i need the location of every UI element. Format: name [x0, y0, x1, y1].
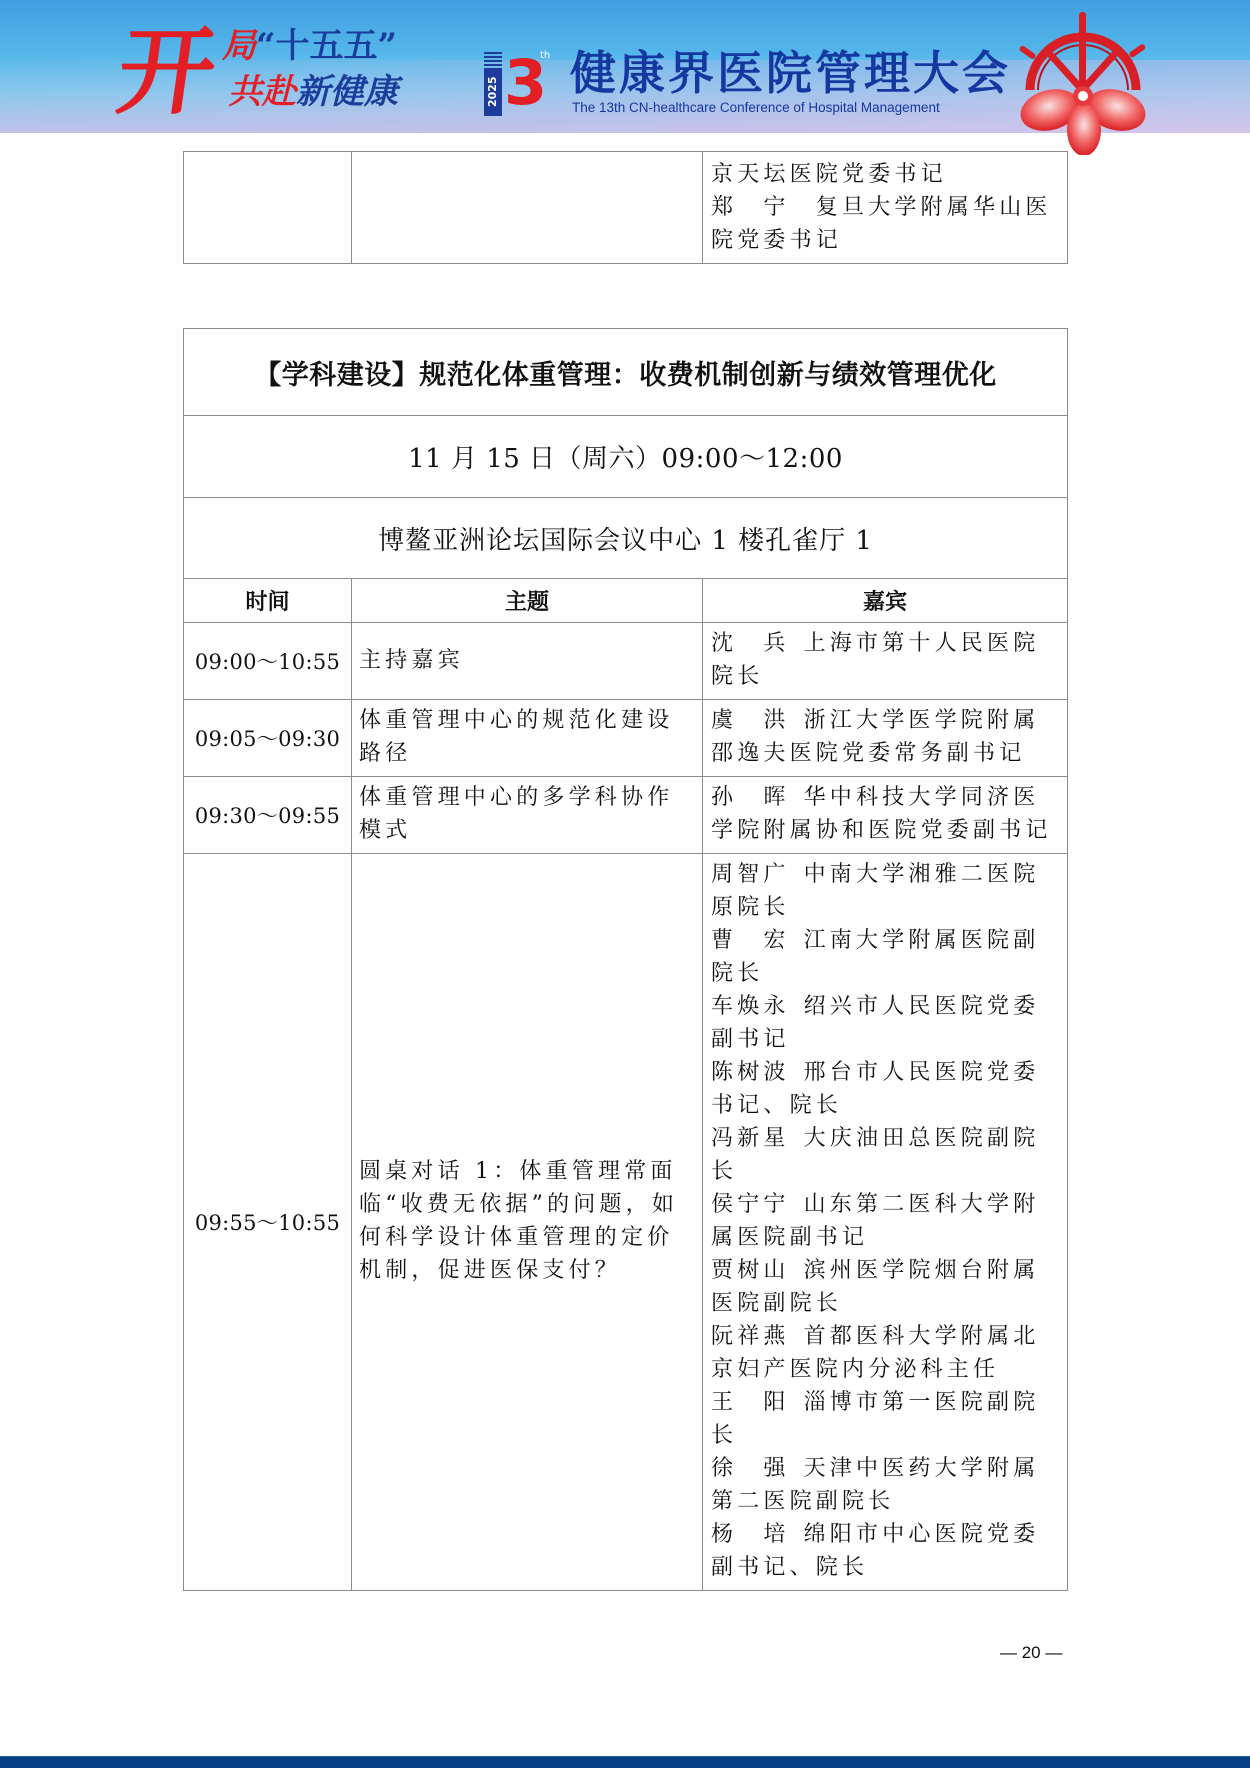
guest-entry: 侯宁宁山东第二医科大学附属医院副书记 [711, 1188, 1061, 1254]
guest-entry: 周智广中南大学湘雅二医院原院长 [711, 858, 1061, 924]
session-venue: 博鳌亚洲论坛国际会议中心 1 楼孔雀厅 1 [184, 498, 1068, 579]
guest-entry: 杨 培绵阳市中心医院党委副书记、院长 [711, 1518, 1061, 1584]
guest-name: 阮祥燕 [711, 1324, 790, 1349]
header-row: 时间 主题 嘉宾 [184, 579, 1068, 623]
guest-entry: 阮祥燕首都医科大学附属北京妇产医院内分泌科主任 [711, 1320, 1061, 1386]
guest-entry: 贾树山滨州医学院烟台附属医院副院长 [711, 1254, 1061, 1320]
topic-cell: 体重管理中心的多学科协作模式 [352, 777, 703, 854]
time-cell-empty [184, 152, 352, 264]
guest-name: 车焕永 [711, 994, 790, 1019]
guest-entry: 曹 宏江南大学附属医院副院长 [711, 924, 1061, 990]
guest-name: 沈 兵 [711, 631, 790, 656]
session-schedule-table: 【学科建设】规范化体重管理：收费机制创新与绩效管理优化 11 月 15 日（周六… [183, 328, 1068, 1591]
slogan-line-1: 局“十五五” [222, 26, 397, 66]
guest-name: 杨 培 [711, 1522, 790, 1547]
conference-subtitle: The 13th CN-healthcare Conference of Hos… [572, 100, 940, 116]
topic-cell: 主持嘉宾 [352, 623, 703, 700]
guest-line: 郑 宁 复旦大学附属华山医 [711, 191, 1061, 224]
guest-cell: 孙 晖华中科技大学同济医学院附属协和医院党委副书记 [703, 777, 1068, 854]
header-time: 时间 [184, 579, 352, 623]
session-title: 【学科建设】规范化体重管理：收费机制创新与绩效管理优化 [184, 329, 1068, 416]
continued-schedule-table: 京天坛医院党委书记 郑 宁 复旦大学附属华山医 院党委书记 [183, 151, 1068, 264]
guest-cell: 周智广中南大学湘雅二医院原院长 曹 宏江南大学附属医院副院长 车焕永绍兴市人民医… [703, 854, 1068, 1591]
time-cell: 09:05～09:30 [184, 700, 352, 777]
guest-name: 孙 晖 [711, 785, 790, 810]
session-date-time: 11 月 15 日（周六）09:00～12:00 [184, 416, 1068, 498]
guest-name: 冯新星 [711, 1126, 790, 1151]
session-date-row: 11 月 15 日（周六）09:00～12:00 [184, 416, 1068, 498]
session-venue-row: 博鳌亚洲论坛国际会议中心 1 楼孔雀厅 1 [184, 498, 1068, 579]
guest-entry: 王 阳淄博市第一医院副院长 [711, 1386, 1061, 1452]
guest-line: 院党委书记 [711, 224, 1061, 257]
header-guests: 嘉宾 [703, 579, 1068, 623]
slogan-quote: “十五五” [256, 26, 397, 66]
logo-year: 2025 [484, 68, 502, 116]
footer-bar [0, 1756, 1250, 1768]
slogan-line-2: 共赴新健康 [228, 72, 398, 112]
header-topic: 主题 [352, 579, 703, 623]
guest-cell: 虞 洪浙江大学医学院附属邵逸夫医院党委常务副书记 [703, 700, 1068, 777]
guest-name: 徐 强 [711, 1456, 790, 1481]
guest-entry: 冯新星大庆油田总医院副院长 [711, 1122, 1061, 1188]
time-cell: 09:55～10:55 [184, 854, 352, 1591]
guest-name: 周智广 [711, 862, 790, 887]
slogan-blue-part: 新健康 [296, 72, 398, 112]
table-row-roundtable: 09:55～10:55 圆桌对话 1：体重管理常面临“收费无依据”的问题，如何科… [184, 854, 1068, 1591]
guest-line: 京天坛医院党委书记 [711, 158, 1061, 191]
table-row: 09:05～09:30 体重管理中心的规范化建设路径 虞 洪浙江大学医学院附属邵… [184, 700, 1068, 777]
guest-cell: 京天坛医院党委书记 郑 宁 复旦大学附属华山医 院党委书记 [703, 152, 1068, 264]
topic-cell: 体重管理中心的规范化建设路径 [352, 700, 703, 777]
guest-entry: 徐 强天津中医药大学附属第二医院副院长 [711, 1452, 1061, 1518]
guest-name: 曹 宏 [711, 928, 790, 953]
guest-name: 陈树波 [711, 1060, 790, 1085]
guest-entry: 陈树波邢台市人民医院党委书记、院长 [711, 1056, 1061, 1122]
guest-name: 王 阳 [711, 1390, 790, 1415]
table-row: 09:30～09:55 体重管理中心的多学科协作模式 孙 晖华中科技大学同济医学… [184, 777, 1068, 854]
guest-name: 贾树山 [711, 1258, 790, 1283]
time-cell: 09:30～09:55 [184, 777, 352, 854]
slogan-prefix: 局 [222, 26, 256, 66]
guest-name: 侯宁宁 [711, 1192, 790, 1217]
slogan-big-character: 开 [110, 22, 225, 132]
guest-name: 虞 洪 [711, 708, 790, 733]
time-cell: 09:00～10:55 [184, 623, 352, 700]
logo-suffix: th [540, 50, 550, 61]
topic-cell-empty [352, 152, 703, 264]
guest-cell: 沈 兵上海市第十人民医院院长 [703, 623, 1068, 700]
ship-helm-propeller-icon [1018, 10, 1148, 155]
table-row: 09:00～10:55 主持嘉宾 沈 兵上海市第十人民医院院长 [184, 623, 1068, 700]
conference-title: 健康界医院管理大会 [570, 46, 1011, 100]
table-row: 京天坛医院党委书记 郑 宁 复旦大学附属华山医 院党委书记 [184, 152, 1068, 264]
guest-entry: 车焕永绍兴市人民医院党委副书记 [711, 990, 1061, 1056]
session-title-row: 【学科建设】规范化体重管理：收费机制创新与绩效管理优化 [184, 329, 1068, 416]
page-number: — 20 — [1000, 1643, 1062, 1663]
slogan-red-part: 共赴 [228, 72, 296, 112]
13th-edition-logo: 2025 3 th [478, 50, 548, 116]
topic-cell: 圆桌对话 1：体重管理常面临“收费无依据”的问题，如何科学设计体重管理的定价机制… [352, 854, 703, 1591]
logo-stripes-icon [484, 52, 502, 66]
